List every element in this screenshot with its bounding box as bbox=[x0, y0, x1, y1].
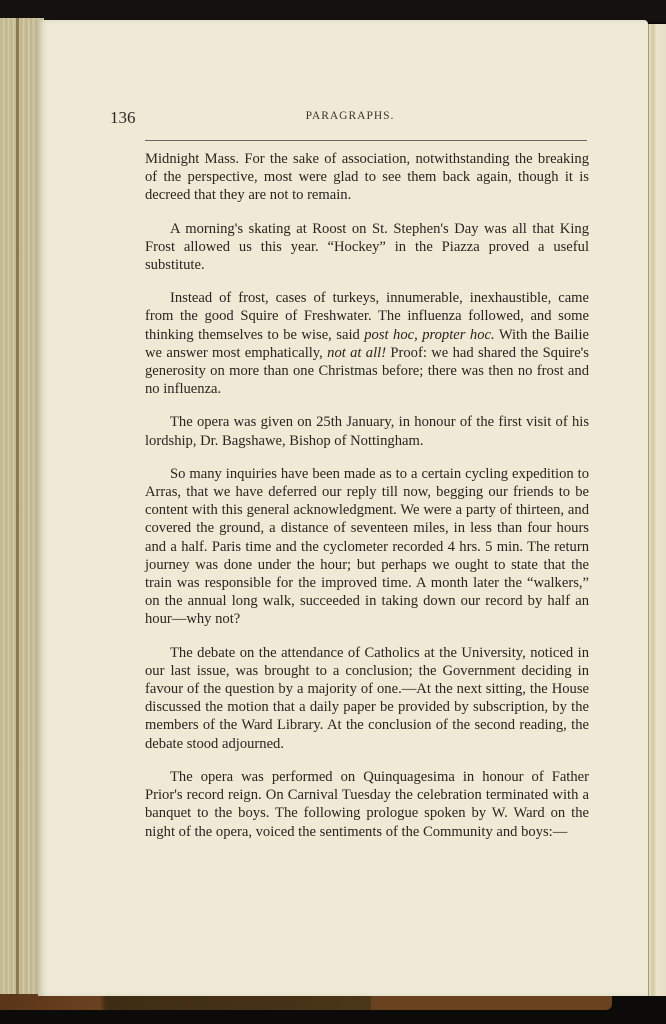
running-head: 136 PARAGRAPHS. bbox=[110, 108, 590, 128]
paragraph-debate: The debate on the attendance of Catholic… bbox=[145, 644, 589, 753]
paragraph-cycling: So many inquiries have been made as to a… bbox=[145, 465, 589, 629]
header-rule bbox=[145, 140, 587, 141]
paragraph-opera-january: The opera was given on 25th January, in … bbox=[145, 413, 589, 449]
book-cover-top bbox=[0, 0, 666, 22]
paragraph-opera-quinquagesima: The opera was performed on Quinquagesima… bbox=[145, 768, 589, 841]
italic-latin-phrase: post hoc, propter hoc. bbox=[364, 327, 494, 343]
paragraph-skating: A morning's skating at Roost on St. Step… bbox=[145, 220, 589, 275]
paragraph-turkeys: Instead of frost, cases of turkeys, innu… bbox=[145, 289, 589, 398]
body-text: Midnight Mass. For the sake of associati… bbox=[145, 150, 589, 856]
binding-stripe bbox=[16, 18, 19, 996]
running-head-title: PARAGRAPHS. bbox=[110, 110, 590, 122]
paragraph-midnight-mass: Midnight Mass. For the sake of associati… bbox=[145, 150, 589, 205]
right-page-edge bbox=[648, 24, 666, 996]
book-cover-bottom bbox=[0, 994, 612, 1010]
italic-emphasis: not at all! bbox=[327, 345, 386, 361]
